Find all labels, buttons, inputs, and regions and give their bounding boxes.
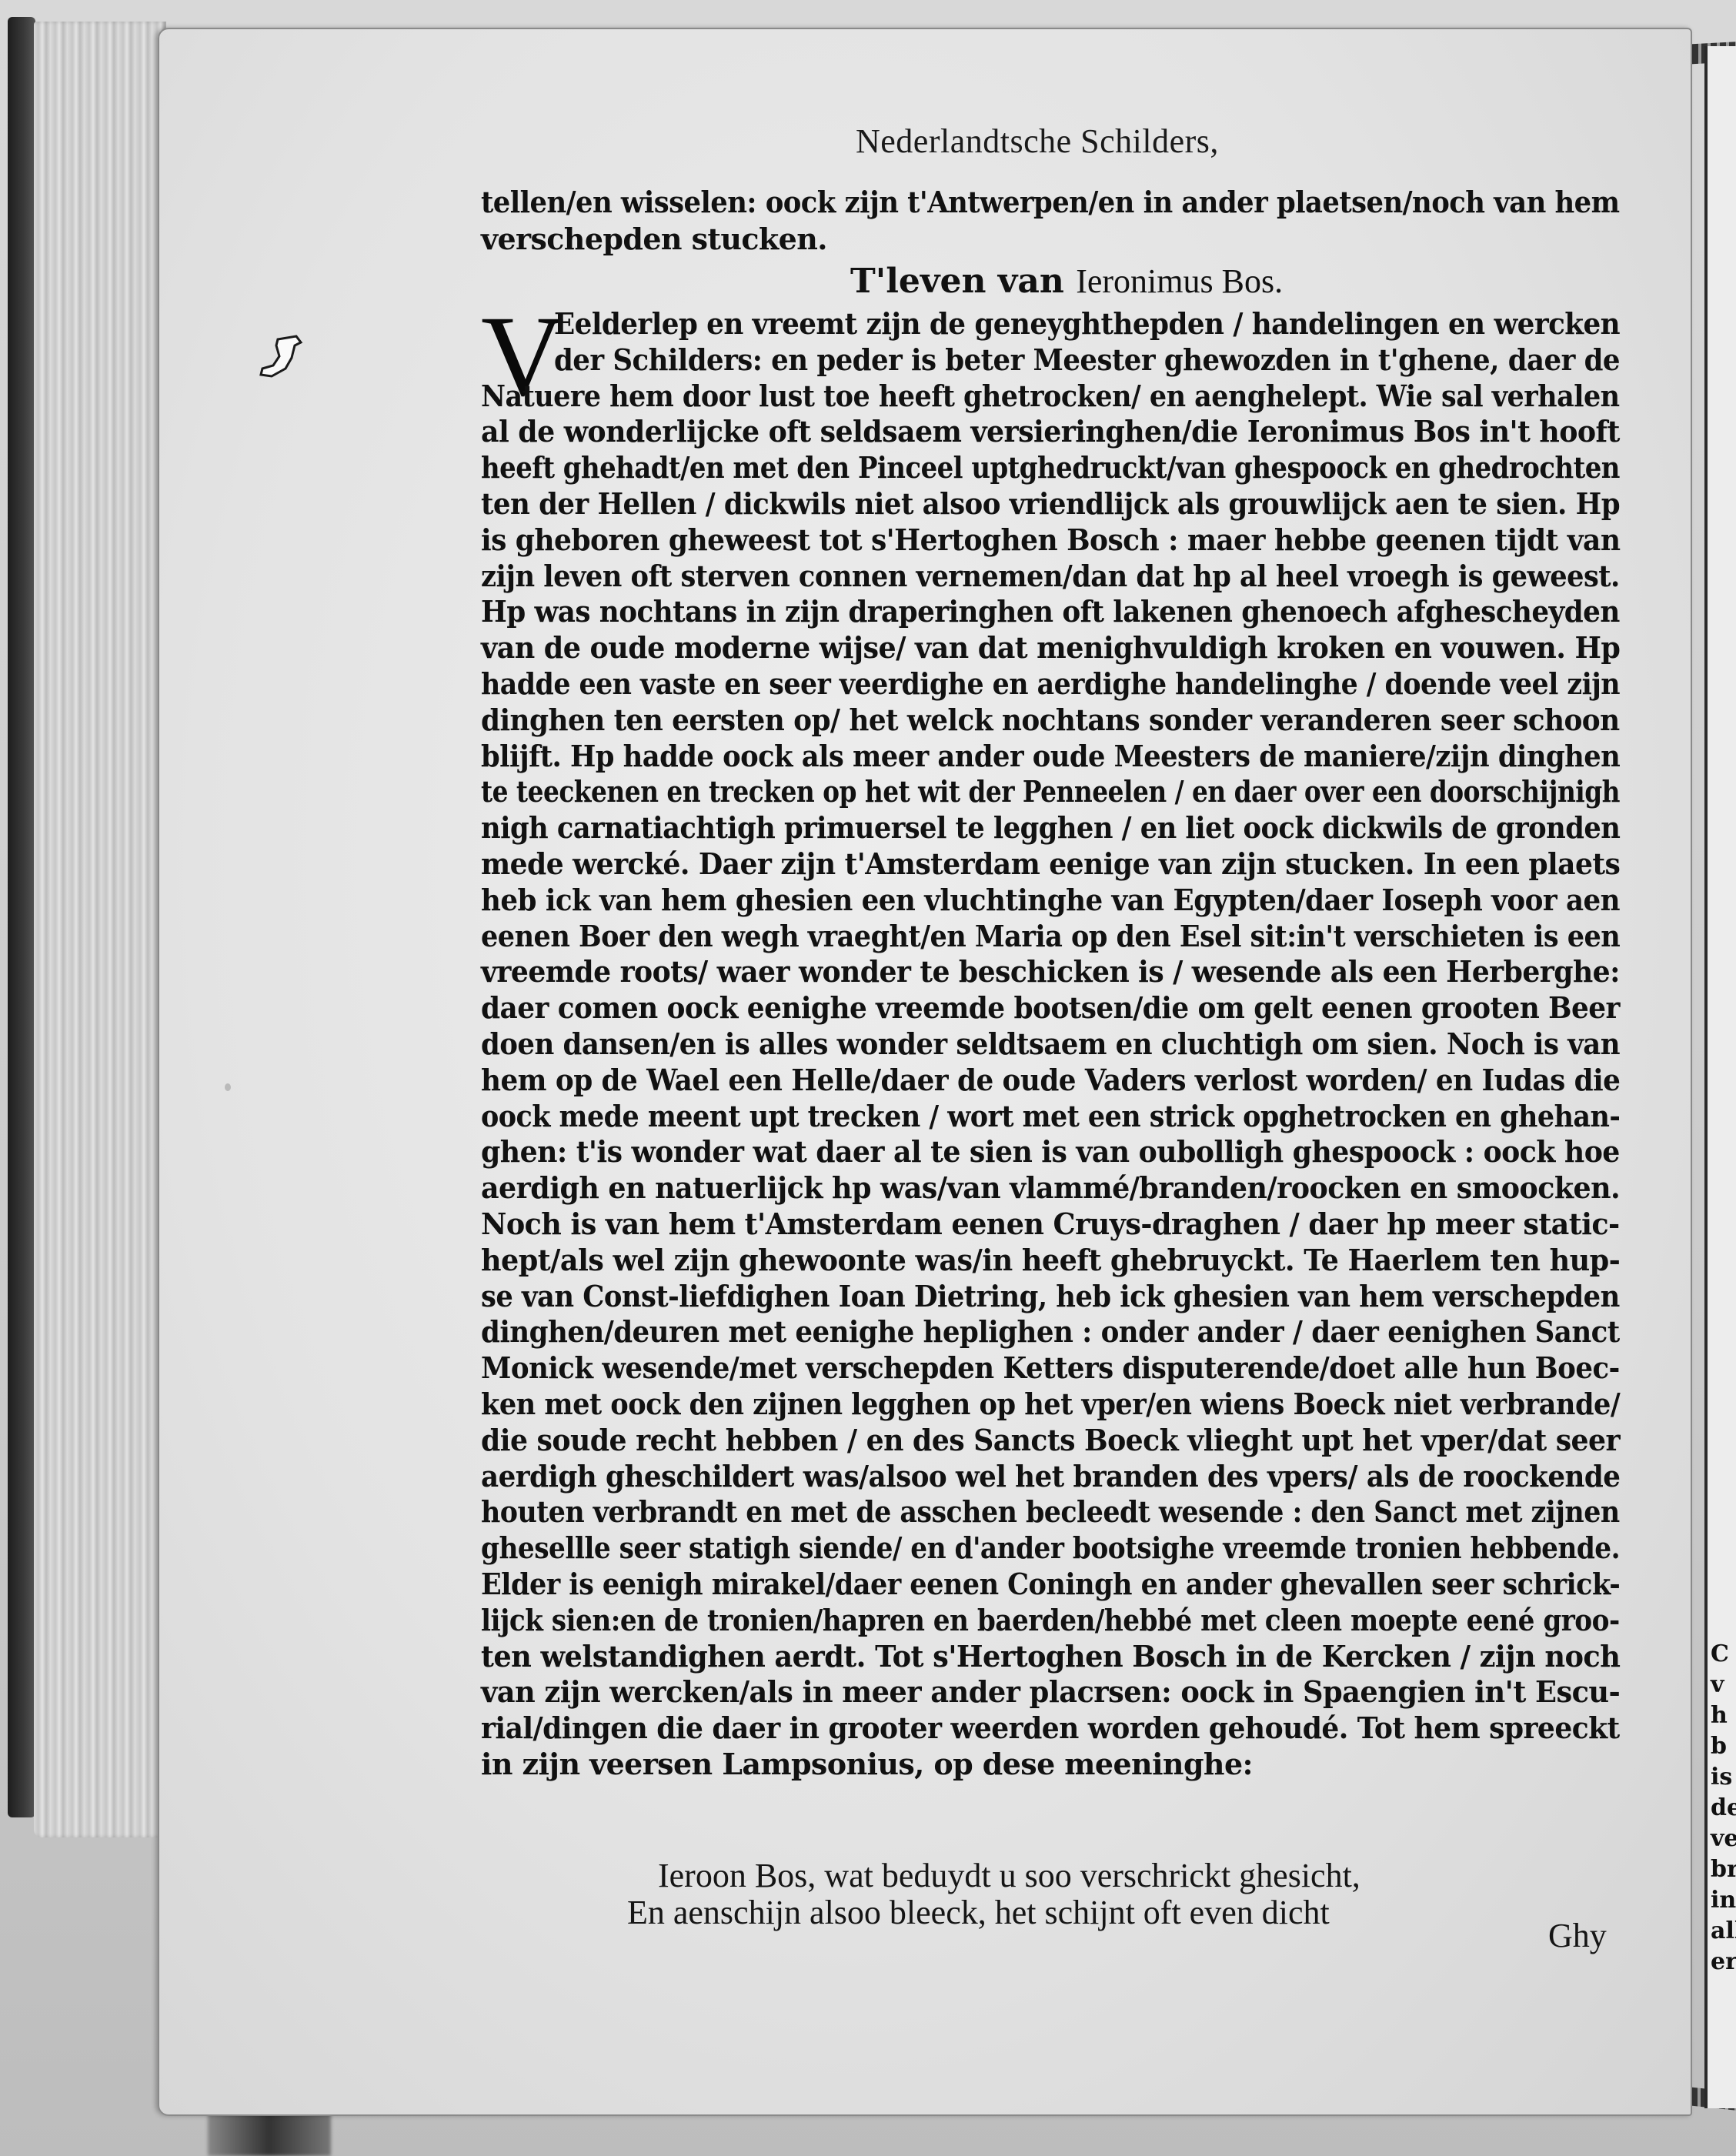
body-line: oock mede meent upt trecken / wort met e… bbox=[481, 1099, 1620, 1134]
facing-page-fragment: h bbox=[1708, 1700, 1736, 1731]
body-line: is gheboren gheweest tot s'Hertoghen Bos… bbox=[481, 522, 1620, 558]
body-line: daer comen oock eenighe vreemde bootsen/… bbox=[481, 990, 1620, 1026]
facing-page-fragment: b bbox=[1708, 1731, 1736, 1762]
body-line: heb ick van hem ghesien een vluchtinghe … bbox=[481, 883, 1620, 918]
body-line: lijck sien:en de tronien/hapren en baerd… bbox=[481, 1603, 1620, 1638]
facing-page-fragment: in't bbox=[1708, 1885, 1736, 1916]
body-line: ken met oock den zijnen legghen op het v… bbox=[481, 1387, 1620, 1422]
body-line: der Schilders: en peder is beter Meester… bbox=[554, 342, 1620, 378]
body-line: eenen Boer den wegh vraeght/en Maria op … bbox=[481, 919, 1620, 954]
ink-speck bbox=[225, 1083, 231, 1091]
body-line: ghesellle seer statigh siende/ en d'ande… bbox=[481, 1530, 1620, 1566]
body-line: ten der Hellen / dickwils niet alsoo vri… bbox=[481, 486, 1620, 522]
body-line: Elder is eenigh mirakel/daer eenen Conin… bbox=[481, 1567, 1620, 1602]
body-line: se van Const-liefdighen Ioan Dietring, h… bbox=[481, 1279, 1620, 1314]
running-head: Nederlandtsche Schilders, bbox=[856, 122, 1219, 161]
body-line: Natuere hem door lust toe heeft ghetrock… bbox=[481, 379, 1620, 414]
book-spine-left bbox=[8, 17, 35, 1817]
body-line: van zijn wercken/als in meer ander placr… bbox=[481, 1674, 1620, 1710]
verse-line: En aenschijn alsoo bleeck, het schijnt o… bbox=[627, 1893, 1330, 1932]
body-line: hadde een vaste en seer veerdighe en aer… bbox=[481, 666, 1620, 702]
body-line: ten welstandighen aerdt. Tot s'Hertoghen… bbox=[481, 1639, 1620, 1674]
page-edges-stack bbox=[34, 22, 166, 1837]
carryover-line: tellen/en wisselen: oock zijn t'Antwerpe… bbox=[481, 185, 1620, 220]
body-line: die soude recht hebben / en des Sancts B… bbox=[481, 1423, 1620, 1458]
verse-line: Ieroon Bos, wat beduydt u soo verschrick… bbox=[658, 1856, 1360, 1895]
body-line: Eelderlep en vreemt zijn de geneyghthepd… bbox=[554, 306, 1620, 342]
body-line: Hp was nochtans in zijn draperinghen oft… bbox=[481, 594, 1620, 629]
body-line: Noch is van hem t'Amsterdam eenen Cruys-… bbox=[481, 1206, 1620, 1242]
body-line: dinghen/deuren met eenighe heplighen : o… bbox=[481, 1314, 1620, 1350]
facing-page-fragment: is bbox=[1708, 1762, 1736, 1793]
body-line: Monick wesende/met verschepden Ketters d… bbox=[481, 1350, 1620, 1386]
catchword: Ghy bbox=[1548, 1916, 1607, 1955]
body-line: heeft ghehadt/en met den Pinceel uptghed… bbox=[481, 450, 1620, 486]
chapter-title: T'leven van Ieronimus Bos. bbox=[850, 262, 1283, 301]
body-line: mede wercké. Daer zijn t'Amsterdam eenig… bbox=[481, 846, 1620, 882]
facing-page-fragment: C bbox=[1708, 1639, 1736, 1670]
body-line: dinghen ten eersten op/ het welck nochta… bbox=[481, 703, 1620, 738]
facing-page-edge: Cvhbisdeverbroin'talleert bbox=[1704, 46, 1736, 2108]
body-line: te teeckenen en trecken op het wit der P… bbox=[481, 774, 1620, 809]
body-line: aerdigh en natuerlijck hp was/van vlammé… bbox=[481, 1170, 1620, 1206]
body-line: vreemde roots/ waer wonder te beschicken… bbox=[481, 954, 1620, 990]
body-line: ghen: t'is wonder wat daer al te sien is… bbox=[481, 1134, 1620, 1170]
body-line: hept/als wel zijn ghewoonte was/in heeft… bbox=[481, 1243, 1620, 1278]
body-line: al de wonderlijcke oft seldsaem versieri… bbox=[481, 414, 1620, 449]
facing-page-fragment: v bbox=[1708, 1670, 1736, 1700]
chapter-title-name: Ieronimus Bos. bbox=[1076, 262, 1283, 300]
facing-page-fragment: ert bbox=[1708, 1947, 1736, 1977]
body-line: nigh carnatiachtigh primuersel te legghe… bbox=[481, 810, 1620, 846]
facing-page-fragment: alle bbox=[1708, 1916, 1736, 1947]
facing-page-fragment: bro bbox=[1708, 1854, 1736, 1885]
facing-page-fragment: de bbox=[1708, 1793, 1736, 1824]
body-line: aerdigh gheschildert was/alsoo wel het b… bbox=[481, 1459, 1620, 1494]
chapter-title-blackletter: T'leven van bbox=[850, 262, 1064, 301]
body-line: blijft. Hp hadde oock als meer ander oud… bbox=[481, 739, 1620, 774]
body-line: houten verbrandt en met de asschen becle… bbox=[481, 1494, 1620, 1530]
body-line: zijn leven oft sterven connen vernemen/d… bbox=[481, 559, 1620, 594]
body-line: van de oude moderne wijse/ van dat menig… bbox=[481, 630, 1620, 666]
body-line: rial/dingen die daer in grooter weerden … bbox=[481, 1710, 1620, 1746]
wormhole-damage-icon bbox=[256, 335, 312, 379]
facing-page-fragments: Cvhbisdeverbroin'talleert bbox=[1708, 1639, 1736, 1977]
carryover-line: verschepden stucken. bbox=[481, 222, 827, 257]
body-line: hem op de Wael een Helle/daer de oude Va… bbox=[481, 1063, 1620, 1098]
body-line: doen dansen/en is alles wonder seldtsaem… bbox=[481, 1026, 1620, 1062]
body-line: in zijn veersen Lampsonius, op dese meen… bbox=[481, 1747, 1253, 1782]
facing-page-fragment: ver bbox=[1708, 1824, 1736, 1854]
